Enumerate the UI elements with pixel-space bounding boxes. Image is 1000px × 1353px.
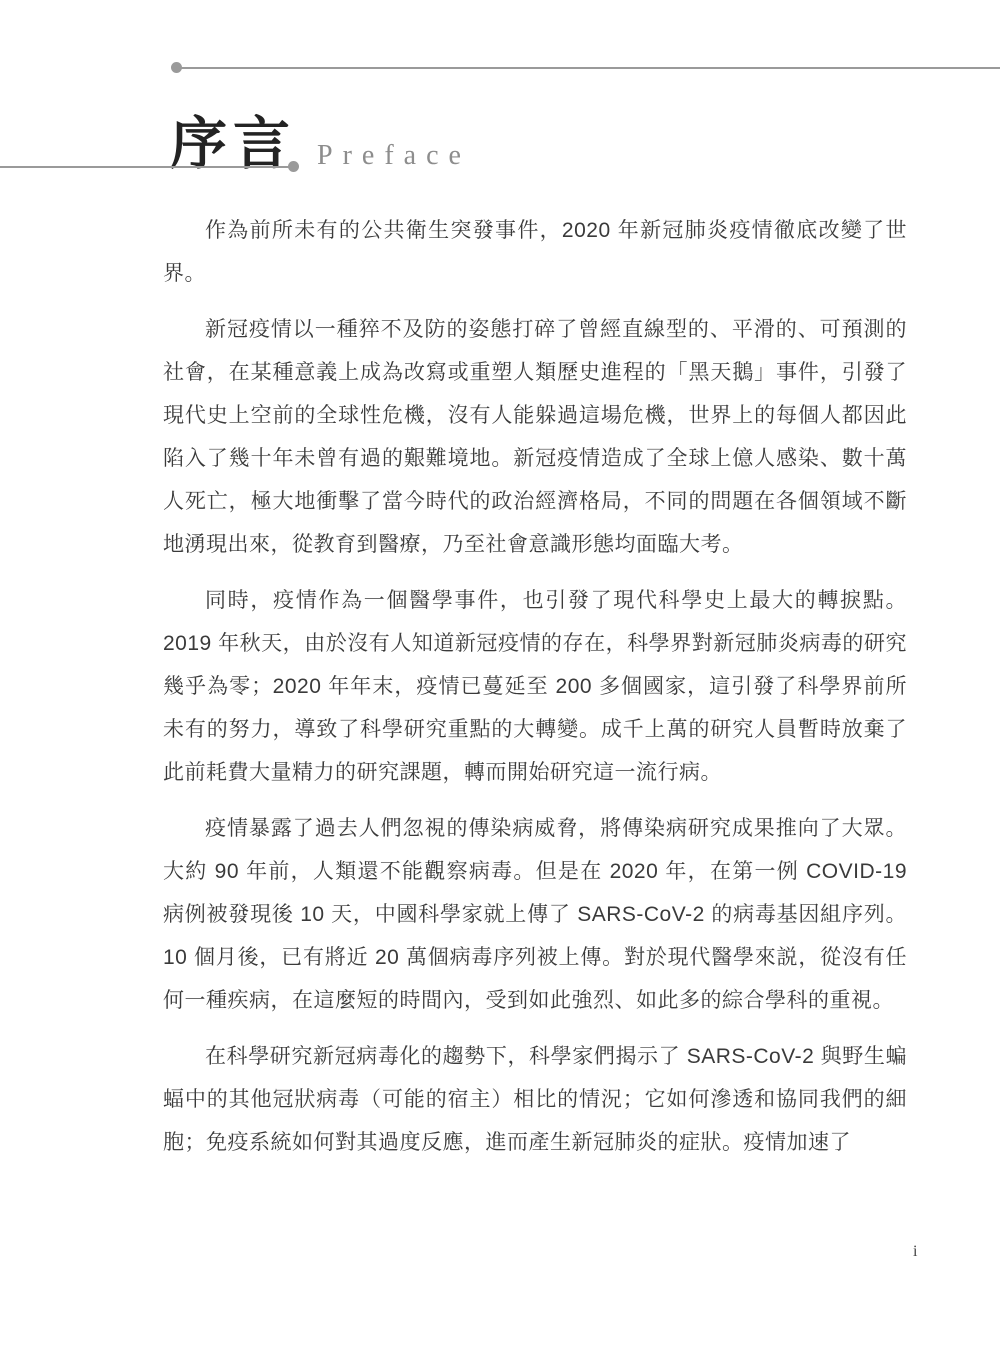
paragraph: 同時，疫情作為一個醫學事件，也引發了現代科學史上最大的轉捩點。2019 年秋天，…: [163, 579, 907, 794]
paragraph: 作為前所未有的公共衛生突發事件，2020 年新冠肺炎疫情徹底改變了世界。: [163, 209, 907, 295]
page-number: i: [913, 1243, 917, 1261]
bottom-rule-dot: [288, 161, 299, 172]
page-subtitle-english: Preface: [317, 140, 471, 172]
top-rule-line: [177, 67, 1000, 69]
paragraph: 新冠疫情以一種猝不及防的姿態打碎了曾經直線型的、平滑的、可預測的社會，在某種意義…: [163, 308, 907, 566]
preface-page: 序言 Preface 作為前所未有的公共衛生突發事件，2020 年新冠肺炎疫情徹…: [0, 0, 1000, 1353]
preface-body: 作為前所未有的公共衛生突發事件，2020 年新冠肺炎疫情徹底改變了世界。 新冠疫…: [163, 209, 907, 1177]
bottom-rule-line: [0, 166, 292, 168]
paragraph: 在科學研究新冠病毒化的趨勢下，科學家們揭示了 SARS-CoV-2 與野生蝙蝠中…: [163, 1035, 907, 1164]
paragraph: 疫情暴露了過去人們忽視的傳染病威脅，將傳染病研究成果推向了大眾。大約 90 年前…: [163, 807, 907, 1022]
top-rule-dot: [171, 62, 182, 73]
